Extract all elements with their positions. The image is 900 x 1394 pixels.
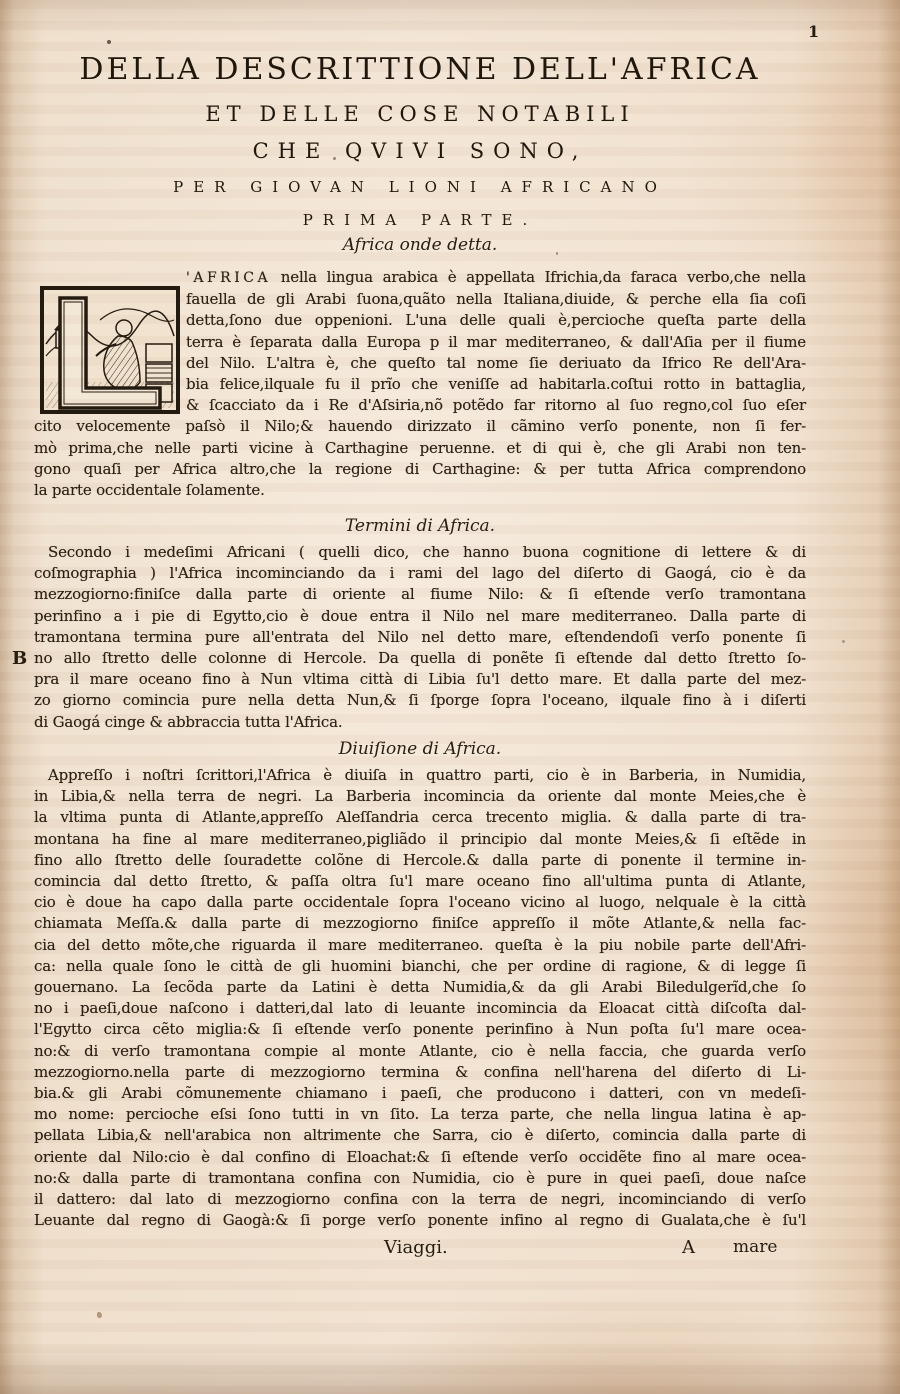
text-line: zo giorno comincia pure nella detta Nun,… <box>34 690 806 711</box>
text-line: chiamata Meſſa.& dalla parte di mezzogio… <box>34 913 806 934</box>
text-line: cia del detto mõte,che riguarda il mare … <box>34 935 806 956</box>
text-line: detta,ſono due oppenioni. L'una delle qu… <box>186 310 806 331</box>
title-line-4-author: PER GIOVAN LIONI AFRICANO <box>34 177 806 197</box>
text-line: montana ha fine al mare mediterraneo,pig… <box>34 829 806 850</box>
title-line-1: DELLA DESCRITTIONE DELL'AFRICA <box>34 52 806 88</box>
text-line: Secondo i medeſimi Africani ( quelli dic… <box>34 542 806 563</box>
text-line: bia felice,ilquale fu il prĩo che veniſſ… <box>186 374 806 395</box>
footer-gathering-signature: A <box>682 1237 695 1258</box>
text-line: tramontana termina pure all'entrata del … <box>34 627 806 648</box>
footer-running-title: Viaggi. <box>384 1237 448 1258</box>
text-line: mo nome: percioche eſsi ſono tutti in vn… <box>34 1104 806 1125</box>
text-line: fino allo ſtretto delle ſouradette colõn… <box>34 850 806 871</box>
paragraph-africa-onde-detta: 'AFRICA nella lingua arabica è appellata… <box>34 267 806 501</box>
page-number: 1 <box>808 22 820 41</box>
text-line: cio è doue ha capo dalla parte occidenta… <box>34 892 806 913</box>
text-line: Appreſſo i noſtri ſcrittori,l'Africa è d… <box>34 765 806 786</box>
text-line: & ſcacciato da i Re d'Aſsiria,nõ potẽdo … <box>186 395 806 416</box>
paragraph-termini-di-africa: Secondo i medeſimi Africani ( quelli dic… <box>34 542 806 733</box>
ink-speck <box>556 252 558 255</box>
text-line: pra il mare oceano fino à Nun vltima cit… <box>34 669 806 690</box>
text-line: no:& dalla parte di tramontana confina c… <box>34 1168 806 1189</box>
text-line: terra è ſeparata dalla Europa p il mar m… <box>186 332 806 353</box>
text-line: perinfino a i pie di Egytto,cio è doue e… <box>34 606 806 627</box>
text-line: oriente dal Nilo:cio è dal confino di El… <box>34 1147 806 1168</box>
text-line: del Nilo. L'altra è, che queſto tal nome… <box>186 353 806 374</box>
text-line: no i paeſi,doue naſcono i datteri,dal la… <box>34 998 806 1019</box>
ink-speck <box>842 640 845 643</box>
margin-signature-letter: B <box>12 648 27 669</box>
title-line-3: CHE QVIVI SONO, <box>34 138 806 164</box>
paper-stain <box>97 1312 102 1318</box>
heading-termini-di-africa: Termini di Africa. <box>34 516 806 536</box>
title-block: DELLA DESCRITTIONE DELL'AFRICA ET DELLE … <box>34 52 806 230</box>
text-line: il dattero: dal lato di mezzogiorno conf… <box>34 1189 806 1210</box>
text-line: ca: nella quale ſono le città de gli huo… <box>34 956 806 977</box>
book-page-scan: 1 DELLA DESCRITTIONE DELL'AFRICA ET DELL… <box>0 0 900 1394</box>
text-line: cito velocemente paſsò il Nilo;& hauendo… <box>34 416 806 437</box>
text-line: fauella de gli Arabi ſuona,quãto nella I… <box>186 289 806 310</box>
text-line: mezzogiorno.nella parte di mezzogiorno t… <box>34 1062 806 1083</box>
text-line: no:& di verſo tramontana compie al monte… <box>34 1041 806 1062</box>
text-line: Leuante dal regno di Gaogà:& ſi porge ve… <box>34 1210 806 1231</box>
heading-diuisione-di-africa: Diuiſione di Africa. <box>34 739 806 759</box>
heading-africa-onde-detta: Africa onde detta. <box>34 235 806 255</box>
text-line: gono quaſi per Africa altro,che la regio… <box>34 459 806 480</box>
text-line: in Libia,& nella terra de negri. La Barb… <box>34 786 806 807</box>
text-line: mò prima,che nelle parti vicine à Cartha… <box>34 438 806 459</box>
text-line: l'Egytto circa cẽto miglia:& ſi eſtende … <box>34 1019 806 1040</box>
text-line: gouernano. La ſecõda parte da Latini è d… <box>34 977 806 998</box>
text-line: coſmographia ) l'Africa incominciando da… <box>34 563 806 584</box>
ink-speck <box>333 157 336 160</box>
title-line-2: ET DELLE COSE NOTABILI <box>34 101 806 127</box>
text-line: no allo ſtretto delle colonne di Hercole… <box>34 648 806 669</box>
lead-word: 'AFRICA <box>186 270 271 286</box>
text-line: mezzogiorno:finiſce dalla parte di orien… <box>34 584 806 605</box>
title-line-5-part: PRIMA PARTE. <box>34 210 806 230</box>
text-line: la parte occidentale ſolamente. <box>34 480 806 501</box>
paragraph-diuisione-di-africa: Appreſſo i noſtri ſcrittori,l'Africa è d… <box>34 765 806 1231</box>
text-line: 'AFRICA nella lingua arabica è appellata… <box>186 267 806 289</box>
text-line: bia.& gli Arabi cõmunemente chiamano i p… <box>34 1083 806 1104</box>
footer-line: Viaggi. A mare <box>34 1237 806 1263</box>
footer-catchword: mare <box>733 1237 777 1257</box>
text-line: la vltima punta di Atlante,appreſſo Aleſ… <box>34 807 806 828</box>
text-line: di Gaogá cinge & abbraccia tutta l'Afric… <box>34 712 806 733</box>
ink-speck <box>107 40 111 44</box>
text-line: comincia dal detto ſtretto, & paſſa oltr… <box>34 871 806 892</box>
text-line: pellata Libia,& nell'arabica non altrime… <box>34 1125 806 1146</box>
